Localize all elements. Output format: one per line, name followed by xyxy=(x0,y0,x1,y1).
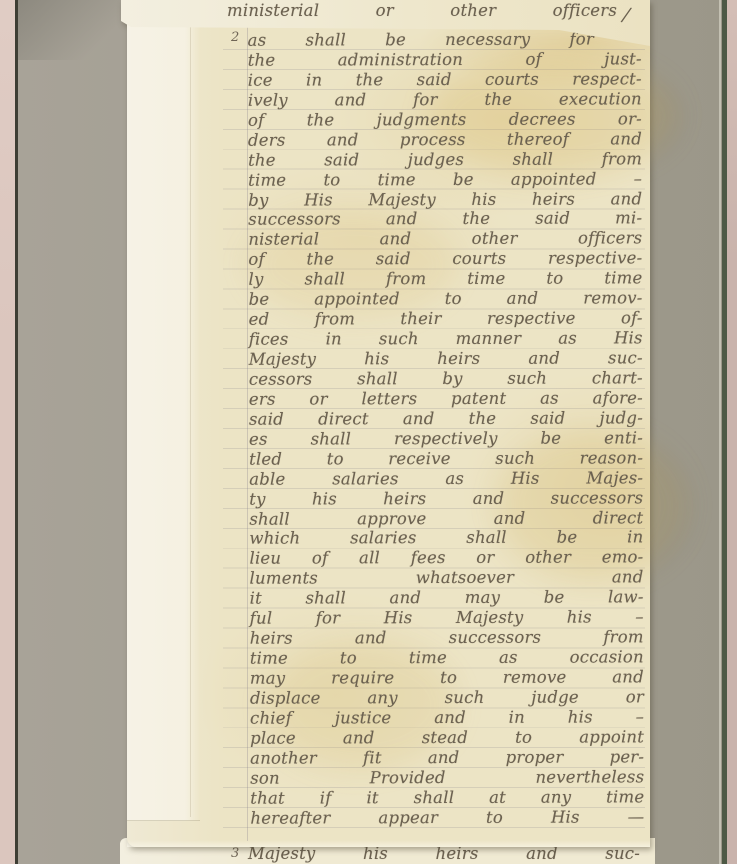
handwritten-line: may require to remove and xyxy=(250,667,644,688)
handwritten-line: which salaries shall be in xyxy=(249,528,643,549)
paper-crease xyxy=(190,20,191,817)
handwritten-line: nisterial and other officers xyxy=(248,229,642,250)
handwritten-line: the administration of just- xyxy=(248,49,642,70)
handwritten-line: it shall and may be law- xyxy=(250,588,644,609)
handwritten-line: time to time as occasion xyxy=(250,647,644,668)
handwritten-line: of the judgments decrees or- xyxy=(248,109,642,130)
handwritten-line: another fit and proper per- xyxy=(250,747,644,768)
handwritten-line: shall approve and direct xyxy=(249,508,643,529)
backing-strip-left xyxy=(0,0,15,864)
handwritten-line: Majesty his heirs and suc- xyxy=(249,348,643,369)
handwritten-line: place and stead to appoint xyxy=(250,727,644,748)
handwritten-line: displace any such judge or xyxy=(250,687,644,708)
handwritten-line: by His Majesty his heirs and xyxy=(248,189,642,210)
handwriting-block: as shall be necessary for –the administr… xyxy=(248,29,645,828)
next-page-margin-number: 3 xyxy=(231,847,239,861)
backing-strip-right xyxy=(727,0,737,864)
handwritten-line: that if it shall at any time xyxy=(250,787,644,808)
handwritten-line: time to time be appointed – xyxy=(248,169,642,190)
handwritten-line: heirs and successors from xyxy=(250,627,644,648)
handwritten-line: ful for His Majesty his – xyxy=(250,607,644,628)
photo-frame: 3 Majesty his heirs and suc- 2 as shall … xyxy=(0,0,737,864)
ink-flourish: / xyxy=(622,6,631,26)
handwritten-line: es shall respectively be enti- xyxy=(249,428,643,449)
handwritten-line: lieu of all fees or other emo- xyxy=(249,548,643,569)
handwritten-line: cessors shall by such chart- xyxy=(249,368,643,389)
handwritten-line: chief justice and in his – xyxy=(250,707,644,728)
handwritten-line: ice in the said courts respect- xyxy=(248,69,642,90)
handwritten-line: ively and for the execution xyxy=(248,89,642,110)
handwritten-line: son Provided nevertheless xyxy=(250,767,644,788)
handwritten-line: ders and process thereof and xyxy=(248,129,642,150)
manuscript-page: 2 as shall be necessary for –the adminis… xyxy=(127,0,650,847)
glass-highlight xyxy=(719,0,721,864)
handwritten-line: of the said courts respective- xyxy=(248,249,642,270)
handwritten-line: said direct and the said judg- xyxy=(249,408,643,429)
handwritten-line: hereafter appear to His — xyxy=(250,807,644,828)
handwritten-line: be appointed to and remov- xyxy=(249,289,643,310)
handwritten-line: able salaries as His Majes- xyxy=(249,468,643,489)
previous-page-text-line: ministerial or other officers xyxy=(227,1,617,21)
mount-shadow xyxy=(18,0,138,60)
handwritten-line: fices in such manner as His xyxy=(249,328,643,349)
page-margin-number: 2 xyxy=(231,31,239,45)
handwritten-line: luments whatsoever and xyxy=(249,568,643,589)
handwritten-line: the said judges shall from xyxy=(248,149,642,170)
handwritten-line: tled to receive such reason- xyxy=(249,448,643,469)
handwritten-line: ers or letters patent as afore- xyxy=(249,388,643,409)
handwritten-line: ly shall from time to time xyxy=(248,269,642,290)
handwritten-line: successors and the said mi- xyxy=(248,209,642,230)
handwritten-line: ty his heirs and successors xyxy=(249,488,643,509)
handwritten-line: ed from their respective of- xyxy=(249,308,643,329)
